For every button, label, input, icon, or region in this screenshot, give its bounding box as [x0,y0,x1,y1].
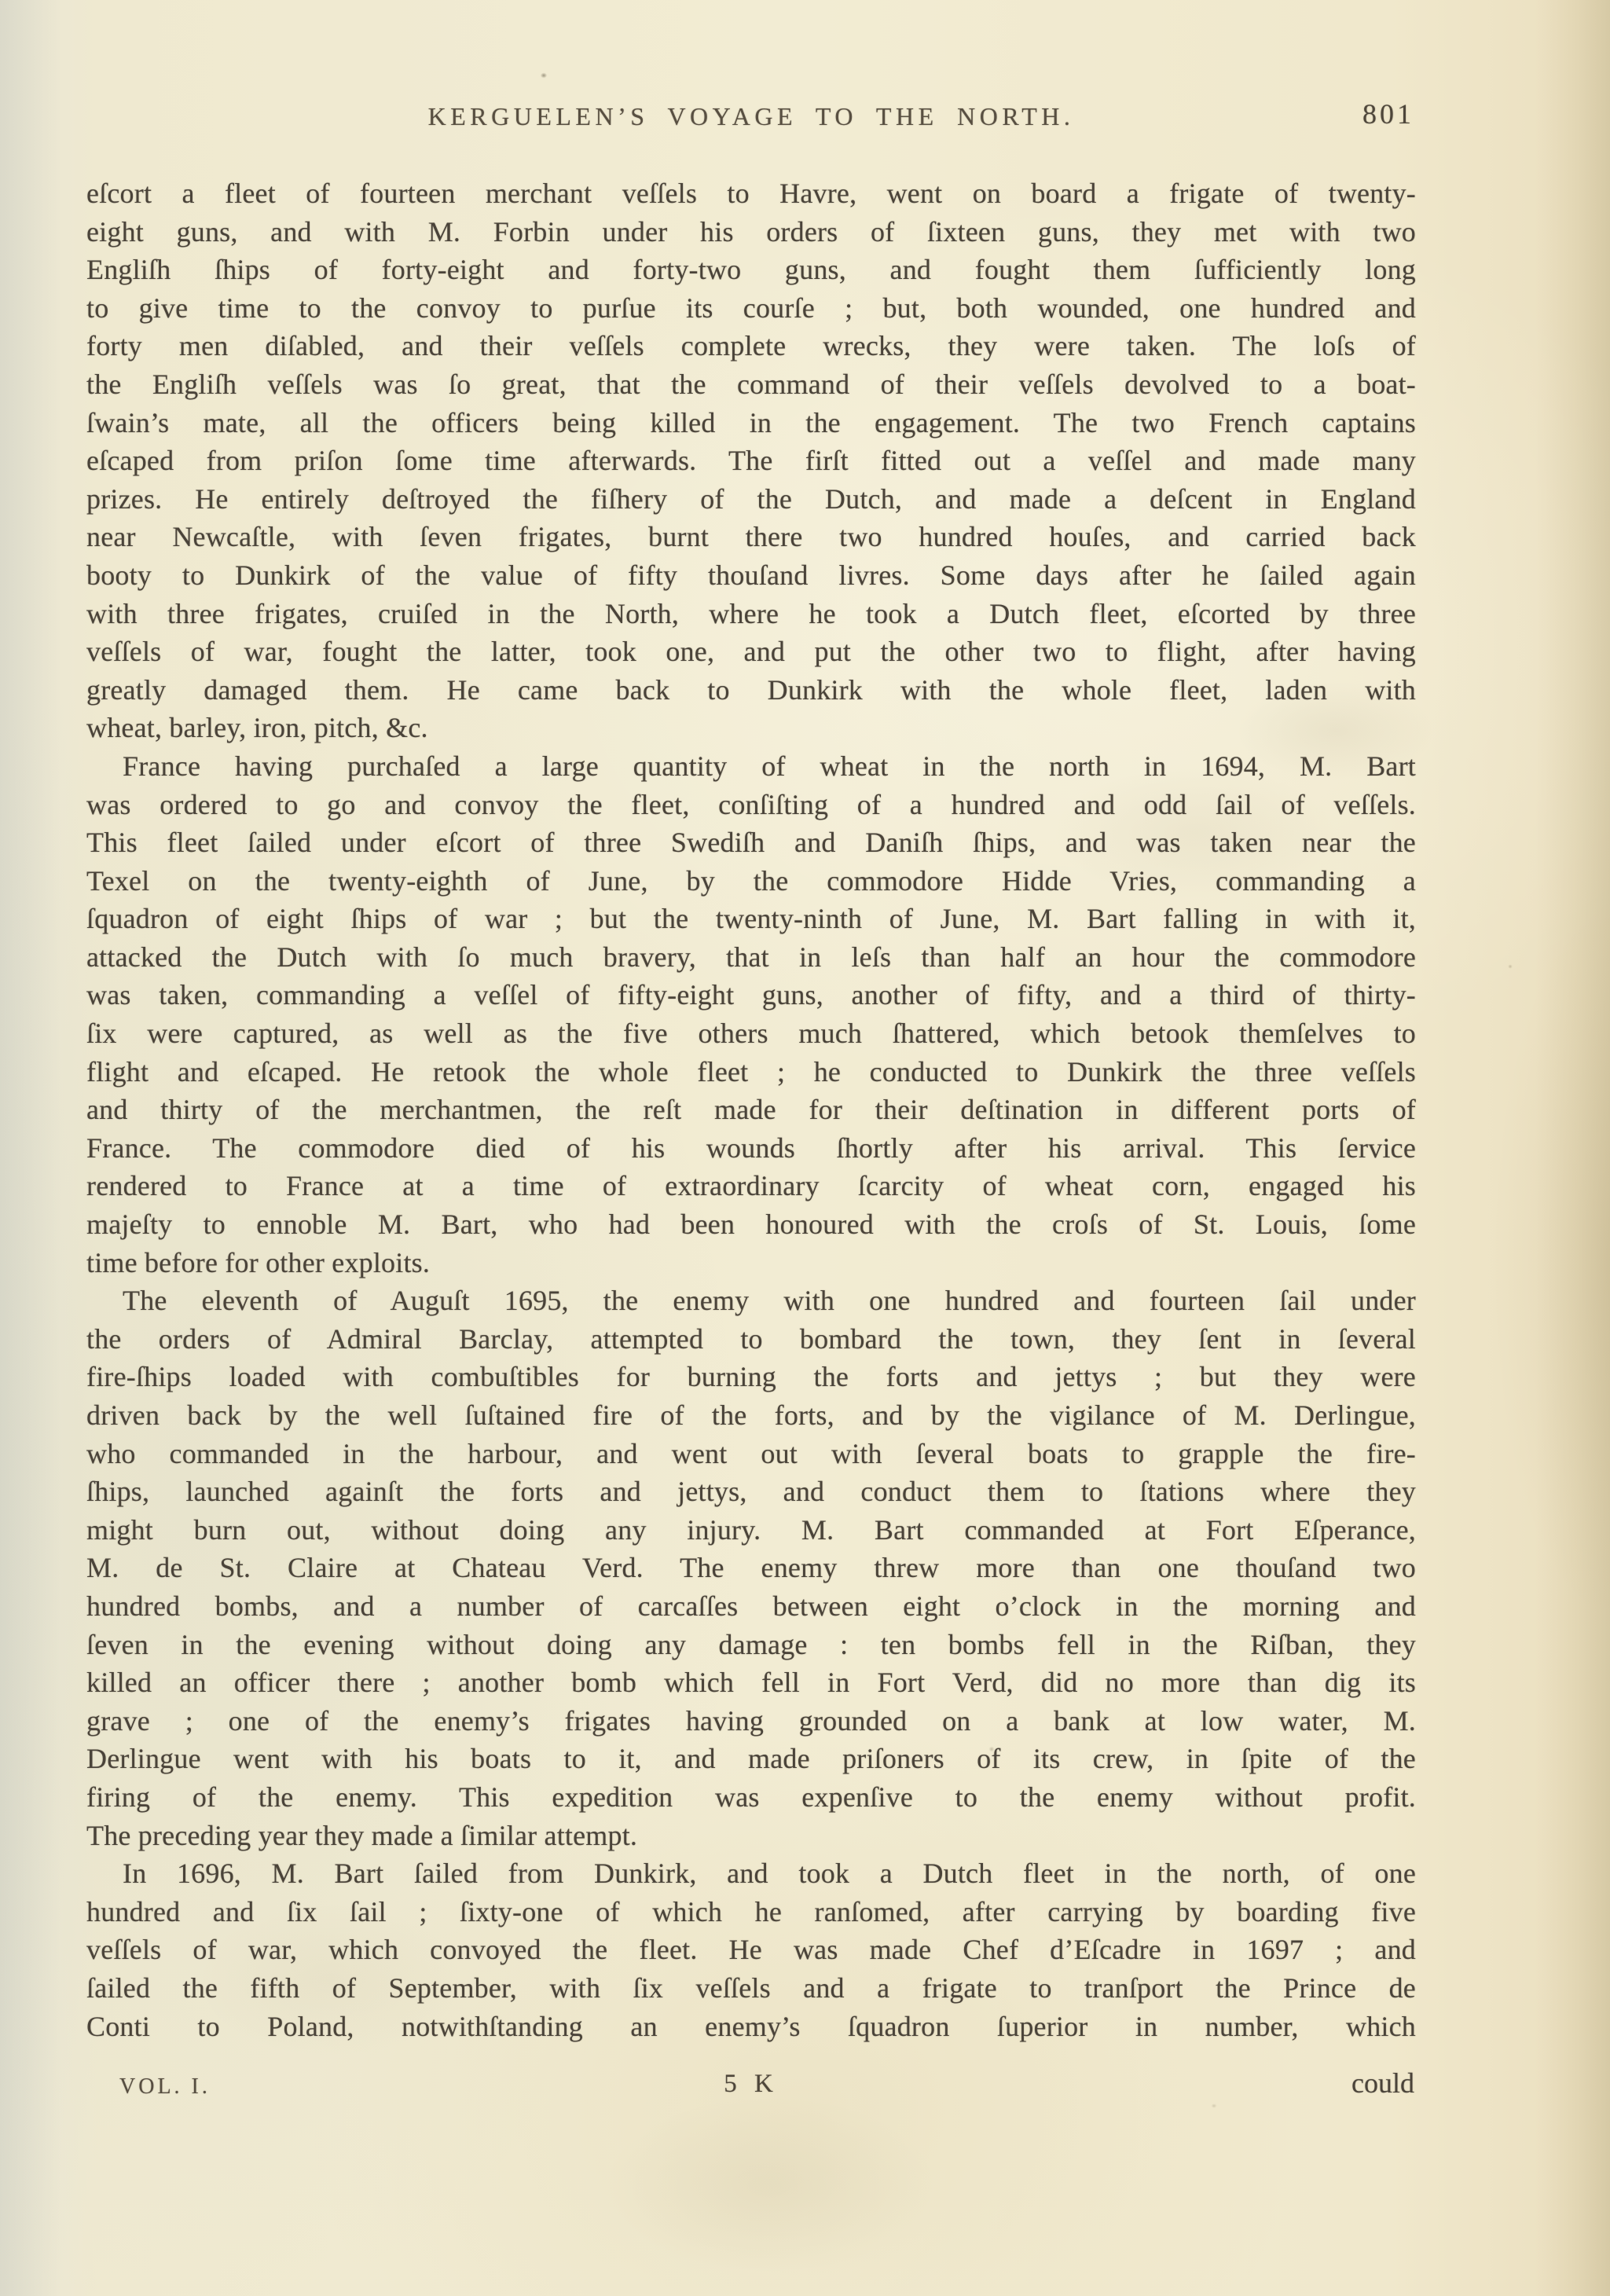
text-line: firing of the enemy. This expedition was… [86,1778,1416,1817]
text-line: France having purchaſed a large quantity… [86,747,1416,786]
text-line: eight guns, and with M. Forbin under his… [86,213,1416,251]
text-line: near Newcaſtle, with ſeven frigates, bur… [86,518,1416,556]
text-line: might burn out, without doing any injury… [86,1511,1416,1550]
text-line: ſeven in the evening without doing any d… [86,1626,1416,1664]
text-line: booty to Dunkirk of the value of fifty t… [86,556,1416,595]
text-line: killed an officer there ; another bomb w… [86,1663,1416,1702]
text-line: veſſels of war, which convoyed the fleet… [86,1931,1416,1969]
text-line: the Engliſh veſſels was ſo great, that t… [86,365,1416,404]
text-line: forty men diſabled, and their veſſels co… [86,327,1416,365]
text-line: rendered to France at a time of extraord… [86,1167,1416,1205]
text-line: eſcaped from priſon ſome time afterwards… [86,442,1416,480]
text-line: the orders of Admiral Barclay, attempted… [86,1320,1416,1359]
text-line: to give time to the convoy to purſue its… [86,289,1416,328]
running-title: KERGUELEN’S VOYAGE TO THE NORTH. [86,102,1416,131]
text-line: flight and eſcaped. He retook the whole … [86,1053,1416,1091]
text-line: France. The commodore died of his wounds… [86,1129,1416,1168]
text-line: ſailed the fifth of September, with ſix … [86,1969,1416,2008]
text-line: Texel on the twenty-eighth of June, by t… [86,862,1416,900]
book-page: KERGUELEN’S VOYAGE TO THE NORTH. 801 eſc… [0,0,1610,2296]
body-text: eſcort a fleet of fourteen merchant veſſ… [86,174,1416,2045]
text-line: ſix were captured, as well as the five o… [86,1014,1416,1053]
text-line: hundred and ſix ſail ; ſixty-one of whic… [86,1893,1416,1931]
text-line: with three frigates, cruiſed in the Nort… [86,595,1416,633]
text-line: was taken, commanding a veſſel of fifty-… [86,976,1416,1014]
text-line: majeſty to ennoble M. Bart, who had been… [86,1205,1416,1244]
paper-left-edge-shading [0,0,61,2296]
text-line: time before for other exploits. [86,1244,1416,1282]
paper-right-edge-shading [1535,0,1610,2296]
text-line: was ordered to go and convoy the fleet, … [86,786,1416,824]
text-line: ſhips, launched againſt the forts and je… [86,1473,1416,1511]
text-line: Conti to Poland, notwithſtanding an enem… [86,2008,1416,2046]
text-line: ſwain’s mate, all the officers being kil… [86,404,1416,442]
text-line: fire-ſhips loaded with combuſtibles for … [86,1358,1416,1396]
text-line: ſquadron of eight ſhips of war ; but the… [86,900,1416,938]
text-line: driven back by the well ſuſtained fire o… [86,1396,1416,1435]
signature-mark: 5 K [86,2070,1416,2099]
text-line: prizes. He entirely deſtroyed the fiſher… [86,480,1416,519]
text-line: hundred bombs, and a number of carcaſſes… [86,1587,1416,1626]
page-header: KERGUELEN’S VOYAGE TO THE NORTH. 801 [86,102,1416,143]
text-line: grave ; one of the enemy’s frigates havi… [86,1702,1416,1740]
text-line: and thirty of the merchantmen, the reſt … [86,1091,1416,1129]
text-line: The eleventh of Auguſt 1695, the enemy w… [86,1282,1416,1320]
text-line: greatly damaged them. He came back to Du… [86,671,1416,710]
text-line: veſſels of war, fought the latter, took … [86,633,1416,671]
page-number: 801 [1362,97,1414,130]
text-line: This fleet ſailed under eſcort of three … [86,823,1416,862]
text-line: The preceding year they made a ſimilar a… [86,1817,1416,1855]
text-line: Derlingue went with his boats to it, and… [86,1740,1416,1778]
text-line: who commanded in the harbour, and went o… [86,1435,1416,1473]
text-line: M. de St. Claire at Chateau Verd. The en… [86,1549,1416,1587]
page-footer: VOL. I. 5 K could [86,2070,1416,2109]
text-line: wheat, barley, iron, pitch, &c. [86,709,1416,747]
text-line: Engliſh ſhips of forty-eight and forty-t… [86,251,1416,289]
catchword: could [1351,2067,1414,2100]
text-line: attacked the Dutch with ſo much bravery,… [86,938,1416,977]
text-line: eſcort a fleet of fourteen merchant veſſ… [86,174,1416,213]
text-line: In 1696, M. Bart ſailed from Dunkirk, an… [86,1854,1416,1893]
